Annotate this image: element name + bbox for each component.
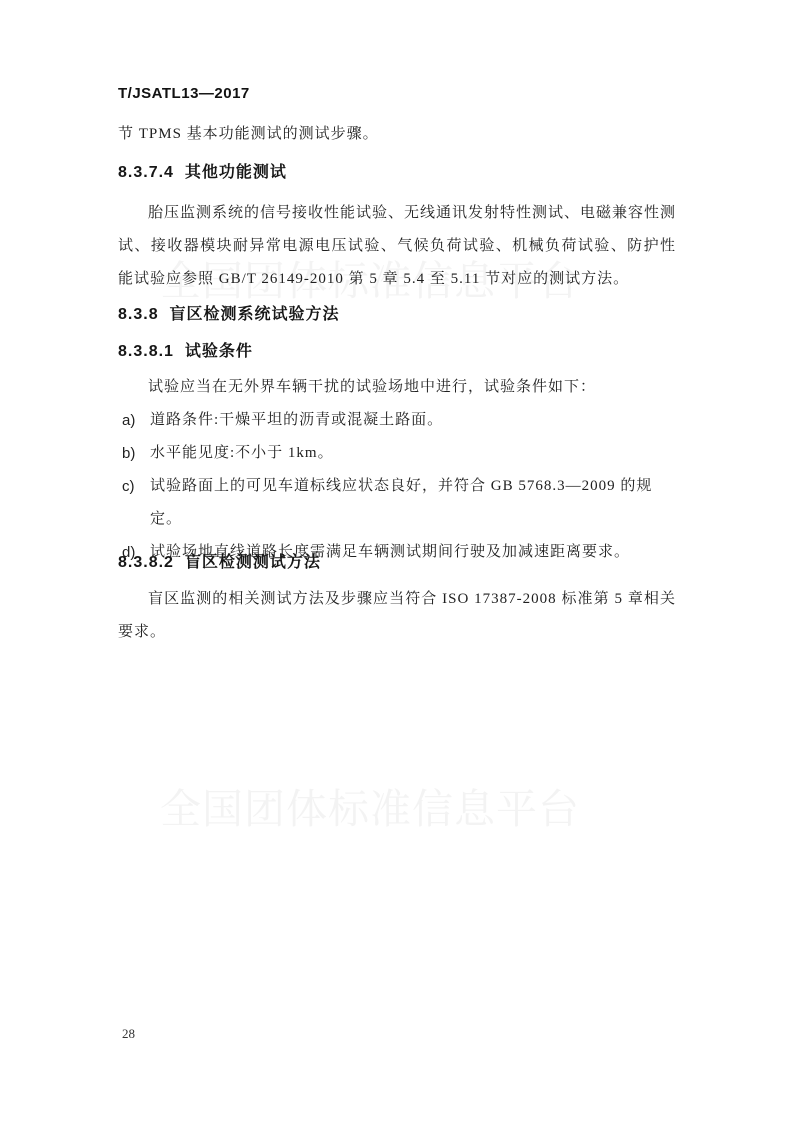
document-page: 全国团体标准信息平台 全国团体标准信息平台 T/JSATL13—2017 节 T… bbox=[0, 0, 794, 1123]
list-item-marker: a) bbox=[118, 404, 150, 437]
watermark-text-lower: 全国团体标准信息平台 bbox=[160, 776, 580, 835]
list-item-marker: c) bbox=[118, 470, 150, 536]
standard-number-header: T/JSATL13—2017 bbox=[118, 85, 676, 102]
test-conditions-list: a) 道路条件:干燥平坦的沥青或混凝土路面。 b) 水平能见度:不小于 1km。… bbox=[118, 404, 676, 569]
list-item-marker: b) bbox=[118, 437, 150, 470]
list-item-text: 水平能见度:不小于 1km。 bbox=[150, 437, 676, 470]
list-item: b) 水平能见度:不小于 1km。 bbox=[118, 437, 676, 470]
heading-8-3-8-2: 8.3.8.2 盲区检测测试方法 bbox=[118, 549, 676, 572]
list-item: a) 道路条件:干燥平坦的沥青或混凝土路面。 bbox=[118, 404, 676, 437]
paragraph-8-3-7-4: 胎压监测系统的信号接收性能试验、无线通讯发射特性测试、电磁兼容性测试、接收器模块… bbox=[118, 197, 676, 296]
heading-8-3-7-4: 8.3.7.4 其他功能测试 bbox=[118, 159, 676, 182]
paragraph-8-3-8-1-intro: 试验应当在无外界车辆干扰的试验场地中进行，试验条件如下： bbox=[118, 371, 676, 404]
heading-8-3-8: 8.3.8 盲区检测系统试验方法 bbox=[118, 301, 676, 324]
heading-8-3-8-1: 8.3.8.1 试验条件 bbox=[118, 338, 676, 361]
page-number: 28 bbox=[122, 1026, 135, 1042]
list-item: c) 试验路面上的可见车道标线应状态良好，并符合 GB 5768.3—2009 … bbox=[118, 470, 676, 536]
list-item-text: 试验路面上的可见车道标线应状态良好，并符合 GB 5768.3—2009 的规定… bbox=[150, 470, 676, 536]
paragraph-8-3-8-2: 盲区监测的相关测试方法及步骤应当符合 ISO 17387-2008 标准第 5 … bbox=[118, 583, 676, 649]
list-item-text: 道路条件:干燥平坦的沥青或混凝土路面。 bbox=[150, 404, 676, 437]
paragraph-tpms-continuation: 节 TPMS 基本功能测试的测试步骤。 bbox=[118, 118, 676, 151]
